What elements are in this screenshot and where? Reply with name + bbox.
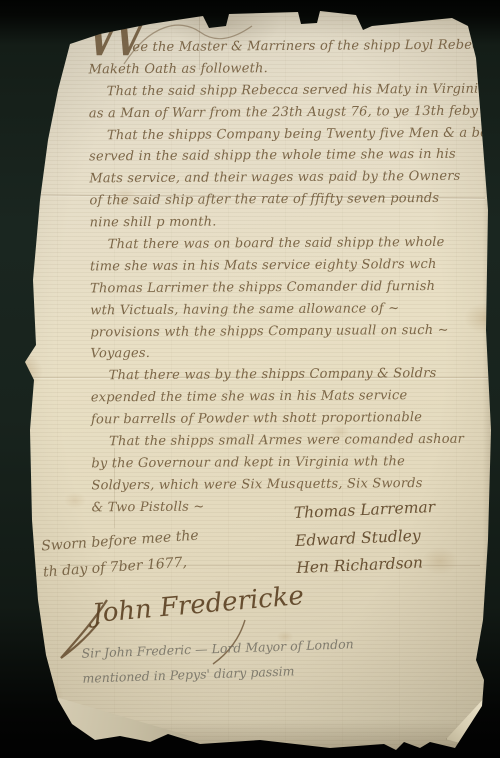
manuscript-line: Mats service, and their wages was paid b… [89,166,481,191]
manuscript-line: wth Victuals, having the same allowance … [90,297,482,322]
manuscript-line: That the shipps Company being Twenty fiv… [89,122,481,147]
manuscript-body: ee the Master & Marriners of the shipp L… [88,35,483,519]
pencil-annotation: Sir John Frederic — Lord Mayor of London… [81,631,355,690]
manuscript-line: That the said shipp Rebecca served his M… [89,78,481,103]
manuscript-line: served in the said shipp the whole time … [89,144,481,169]
manuscript-content: W ee the Master & Marriners of the shipp… [0,0,500,758]
manuscript-line: ee the Master & Marriners of the shipp L… [88,35,480,60]
manuscript-line: provisions wth the shipps Company usuall… [90,319,482,344]
attestation-block: Sworn before mee the th day of 7ber 1677… [40,523,201,586]
manuscript-paper: W ee the Master & Marriners of the shipp… [0,0,500,758]
manuscript-line: nine shill p month. [90,210,482,235]
manuscript-line: That there was by the shipps Company & S… [91,363,483,388]
manuscript-line: Thomas Larrimer the shipps Comander did … [90,275,482,300]
manuscript-line: by the Governour and kept in Virginia wt… [91,451,483,476]
signatures-block: Thomas LarremarEdward StudleyHen Richard… [293,492,481,582]
manuscript-line: Maketh Oath as followeth. [88,57,480,82]
manuscript-line: expended the time she was in his Mats se… [91,385,483,410]
manuscript-line: That the shipps small Armes were comande… [91,429,483,454]
manuscript-line: That there was on board the said shipp t… [90,232,482,257]
photo-backdrop: W ee the Master & Marriners of the shipp… [0,0,500,758]
manuscript-line: time she was in his Mats service eighty … [90,254,482,279]
manuscript-line: four barrells of Powder wth shott propor… [91,407,483,432]
manuscript-line: of the said ship after the rate of ffift… [89,188,481,213]
manuscript-line: Voyages. [90,341,482,366]
manuscript-line: as a Man of Warr from the 23th Augst 76,… [89,100,481,125]
